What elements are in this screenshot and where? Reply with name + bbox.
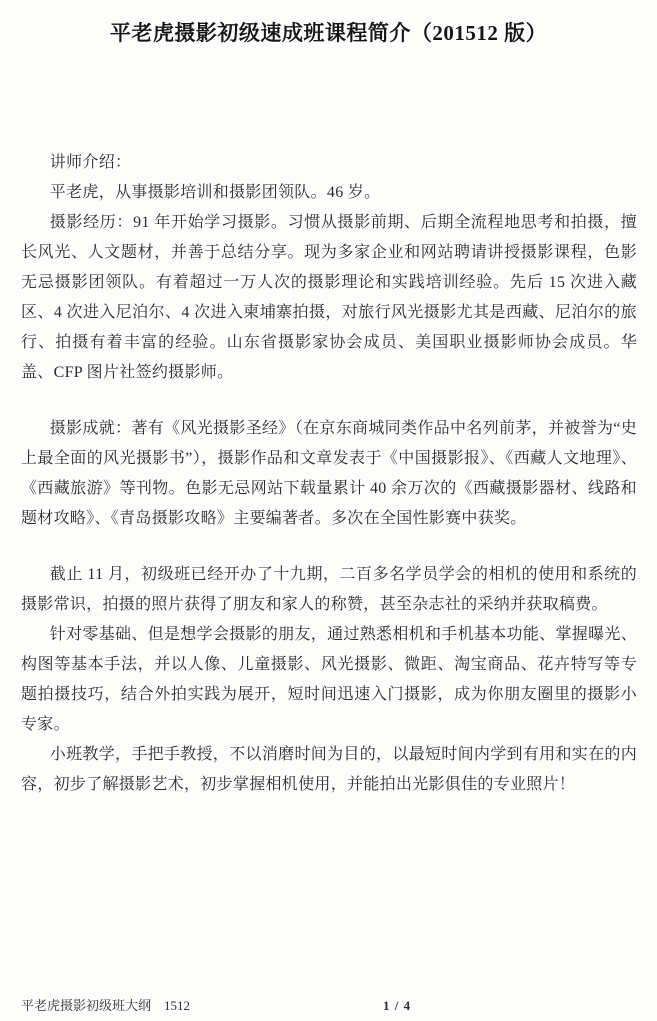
paragraph-teaching-style: 小班教学，手把手教授，不以消磨时间为目的，以最短时间内学到有用和实在的内容，初步…: [21, 740, 637, 800]
document-title: 平老虎摄影初级速成班课程简介（201512 版）: [0, 0, 657, 49]
page-footer: 平老虎摄影初级班大纲1512 1 / 4: [0, 997, 657, 1015]
document-page: 平老虎摄影初级速成班课程简介（201512 版） 讲师介绍： 平老虎，从事摄影培…: [0, 0, 657, 1021]
paragraph-photography-experience: 摄影经历：91 年开始学习摄影。习惯从摄影前期、后期全流程地思考和拍摄，擅长风光…: [21, 208, 637, 388]
page-number: 1 / 4: [383, 997, 411, 1015]
paragraph-lecturer-intro-heading: 讲师介绍：: [21, 148, 637, 178]
paragraph-class-history: 截止 11 月，初级班已经开办了十九期，二百多名学员学会的相机的使用和系统的摄影…: [21, 560, 637, 620]
footer-left: 平老虎摄影初级班大纲1512: [21, 997, 190, 1015]
paragraph-photography-achievements: 摄影成就：著有《风光摄影圣经》（在京东商城同类作品中名列前茅，并被誉为“史上最全…: [21, 414, 637, 534]
document-body: 讲师介绍： 平老虎，从事摄影培训和摄影团领队。46 岁。 摄影经历：91 年开始…: [21, 148, 637, 800]
footer-doc-name: 平老虎摄影初级班大纲: [21, 998, 151, 1013]
paragraph-lecturer-summary: 平老虎，从事摄影培训和摄影团领队。46 岁。: [21, 178, 637, 208]
footer-doc-code: 1512: [164, 998, 190, 1013]
paragraph-target-audience: 针对零基础、但是想学会摄影的朋友，通过熟悉相机和手机基本功能、掌握曝光、构图等基…: [21, 620, 637, 740]
